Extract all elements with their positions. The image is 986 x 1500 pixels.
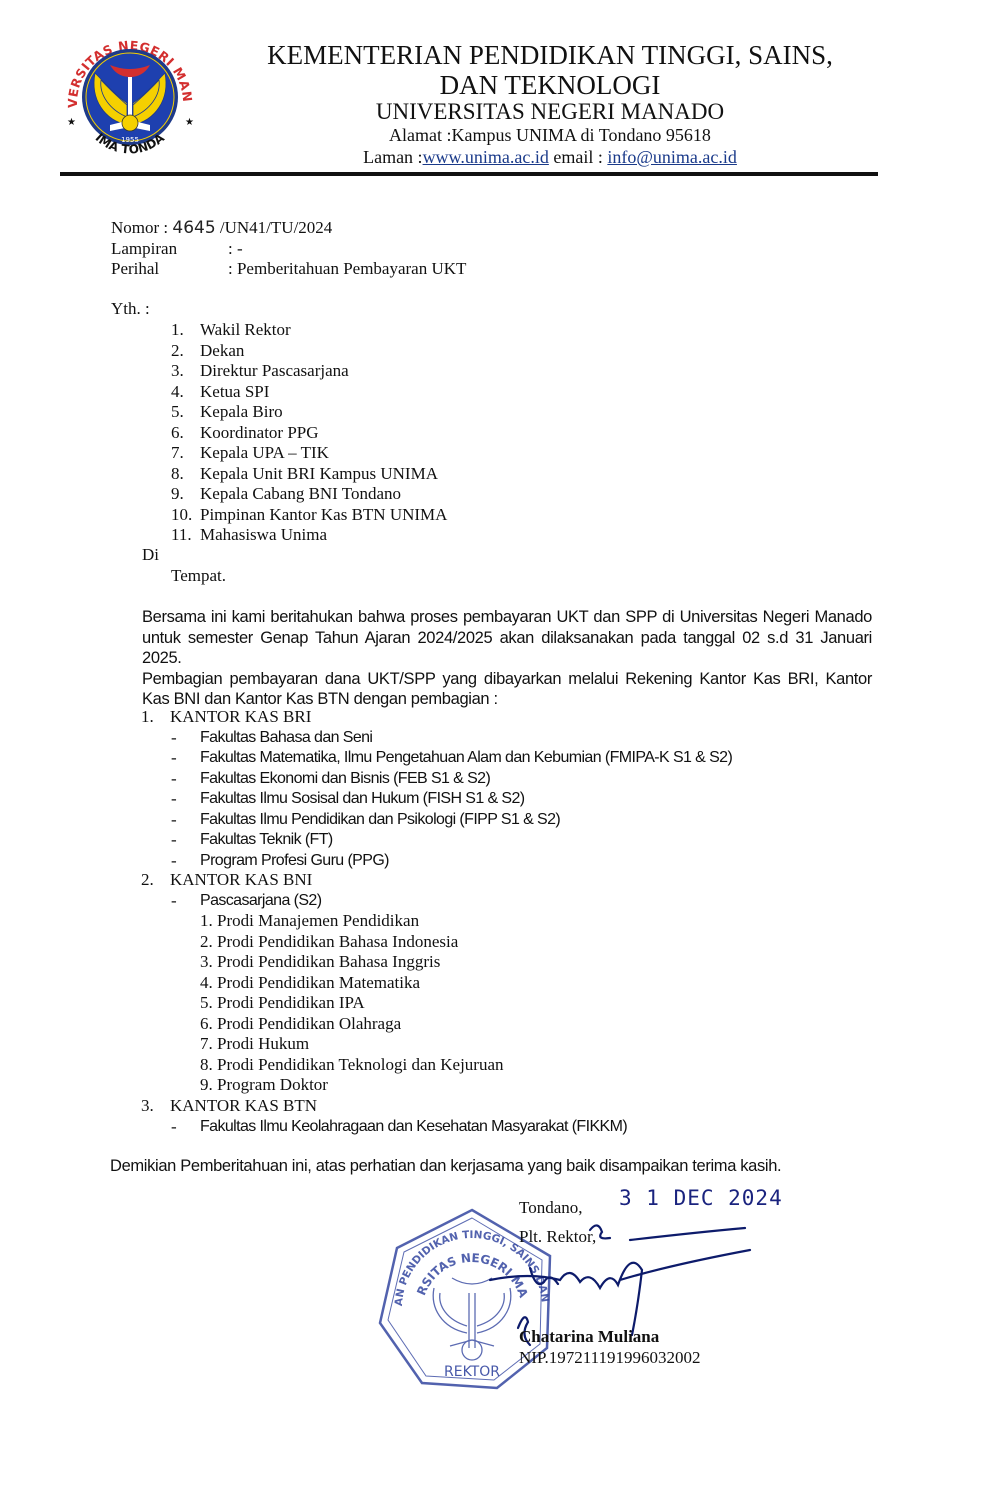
faculty-item: Fakultas Teknik (FT) (200, 831, 333, 849)
bullet-dash: - (171, 1117, 177, 1137)
faculty-item: Fakultas Ilmu Keolahragaan dan Kesehatan… (200, 1118, 627, 1136)
body-paragraph: Bersama ini kami beritahukan bahwa prose… (142, 607, 872, 710)
tempat-label: Tempat. (171, 566, 226, 586)
recipient-number: 1. (171, 320, 184, 340)
recipient-number: 8. (171, 464, 184, 484)
perihal-label: Perihal (111, 259, 159, 279)
header-divider (60, 172, 878, 176)
recipient-number: 10. (171, 505, 192, 525)
svg-text:REKTOR: REKTOR (444, 1364, 500, 1380)
university-seal-icon: UNIVERSITAS NEGERI MANADO 1955 UNIMA TON… (55, 25, 205, 175)
recipient-item: Mahasiswa Unima (200, 525, 327, 545)
recipient-item: Dekan (200, 341, 244, 361)
recipient-item: Koordinator PPG (200, 423, 319, 443)
signatory-nip: NIP.197211191996032002 (519, 1348, 701, 1368)
recipient-number: 9. (171, 484, 184, 504)
paragraph-line: untuk semester Genap Tahun Ajaran 2024/2… (142, 628, 872, 669)
program-item: 2. Prodi Pendidikan Bahasa Indonesia (200, 932, 458, 952)
bullet-dash: - (171, 891, 177, 911)
closing-sentence: Demikian Pemberitahuan ini, atas perhati… (110, 1156, 890, 1177)
ministry-name-line2: DAN TEKNOLOGI (200, 70, 900, 101)
web-label: Laman : (363, 147, 422, 167)
nomor-line: Nomor : 4645 /UN41/TU/2024 (111, 218, 332, 238)
di-label: Di (142, 545, 159, 565)
bullet-dash: - (171, 810, 177, 830)
recipient-number: 3. (171, 361, 184, 381)
lampiran-value: : - (228, 239, 243, 259)
signatory-name: Chatarina Muliana (519, 1327, 659, 1347)
faculty-item: Fakultas Ekonomi dan Bisnis (FEB S1 & S2… (200, 770, 490, 788)
website-link[interactable]: www.unima.ac.id (423, 147, 549, 167)
recipient-number: 4. (171, 382, 184, 402)
bullet-dash: - (171, 830, 177, 850)
faculty-item: Program Profesi Guru (PPG) (200, 852, 389, 870)
university-name: UNIVERSITAS NEGERI MANADO (200, 99, 900, 125)
nomor-suffix: /UN41/TU/2024 (220, 218, 332, 237)
program-item: 5. Prodi Pendidikan IPA (200, 993, 365, 1013)
nomor-handwritten: 4645 (172, 218, 215, 238)
lampiran-label: Lampiran (111, 239, 177, 259)
program-item: 3. Prodi Pendidikan Bahasa Inggris (200, 952, 440, 972)
nomor-label: Nomor : (111, 218, 168, 237)
address: Alamat :Kampus UNIMA di Tondano 95618 (200, 125, 900, 146)
faculty-item: Pascasarjana (S2) (200, 892, 321, 910)
bullet-dash: - (171, 728, 177, 748)
paragraph-line: Bersama ini kami beritahukan bahwa prose… (142, 607, 872, 628)
date-stamp: 3 1 DEC 2024 (619, 1186, 783, 1210)
perihal-value: : Pemberitahuan Pembayaran UKT (228, 259, 466, 279)
office-number: 1. (141, 707, 154, 727)
office-name: KANTOR KAS BNI (170, 870, 312, 890)
program-item: 1. Prodi Manajemen Pendidikan (200, 911, 419, 931)
salutation: Yth. : (111, 299, 150, 319)
contact-line: Laman :www.unima.ac.id email : info@unim… (200, 147, 900, 168)
bullet-dash: - (171, 748, 177, 768)
recipient-number: 5. (171, 402, 184, 422)
program-item: 9. Program Doktor (200, 1075, 328, 1095)
office-number: 2. (141, 870, 154, 890)
office-number: 3. (141, 1096, 154, 1116)
recipient-item: Wakil Rektor (200, 320, 291, 340)
bullet-dash: - (171, 851, 177, 871)
faculty-item: Fakultas Bahasa dan Seni (200, 729, 372, 747)
recipient-number: 7. (171, 443, 184, 463)
ministry-name-line1: KEMENTERIAN PENDIDIKAN TINGGI, SAINS, (200, 40, 900, 71)
faculty-item: Fakultas Ilmu Sosisal dan Hukum (FISH S1… (200, 790, 525, 808)
recipient-item: Kepala Cabang BNI Tondano (200, 484, 401, 504)
recipient-item: Kepala Biro (200, 402, 283, 422)
office-name: KANTOR KAS BTN (170, 1096, 317, 1116)
program-item: 4. Prodi Pendidikan Matematika (200, 973, 420, 993)
faculty-item: Fakultas Matematika, Ilmu Pengetahuan Al… (200, 749, 732, 767)
email-link[interactable]: info@unima.ac.id (607, 147, 737, 167)
recipient-item: Ketua SPI (200, 382, 269, 402)
recipient-item: Direktur Pascasarjana (200, 361, 349, 381)
program-item: 6. Prodi Pendidikan Olahraga (200, 1014, 401, 1034)
faculty-item: Fakultas Ilmu Pendidikan dan Psikologi (… (200, 811, 560, 829)
email-label: email : (549, 147, 607, 167)
recipient-item: Kepala UPA – TIK (200, 443, 329, 463)
program-item: 8. Prodi Pendidikan Teknologi dan Kejuru… (200, 1055, 504, 1075)
office-name: KANTOR KAS BRI (170, 707, 311, 727)
bullet-dash: - (171, 769, 177, 789)
svg-text:★: ★ (185, 117, 194, 128)
paragraph-line: Pembagian pembayaran dana UKT/SPP yang d… (142, 669, 872, 690)
svg-text:★: ★ (67, 117, 76, 128)
recipient-number: 6. (171, 423, 184, 443)
recipient-number: 2. (171, 341, 184, 361)
recipient-item: Kepala Unit BRI Kampus UNIMA (200, 464, 438, 484)
recipient-number: 11. (171, 525, 192, 545)
recipient-item: Pimpinan Kantor Kas BTN UNIMA (200, 505, 447, 525)
bullet-dash: - (171, 789, 177, 809)
program-item: 7. Prodi Hukum (200, 1034, 309, 1054)
